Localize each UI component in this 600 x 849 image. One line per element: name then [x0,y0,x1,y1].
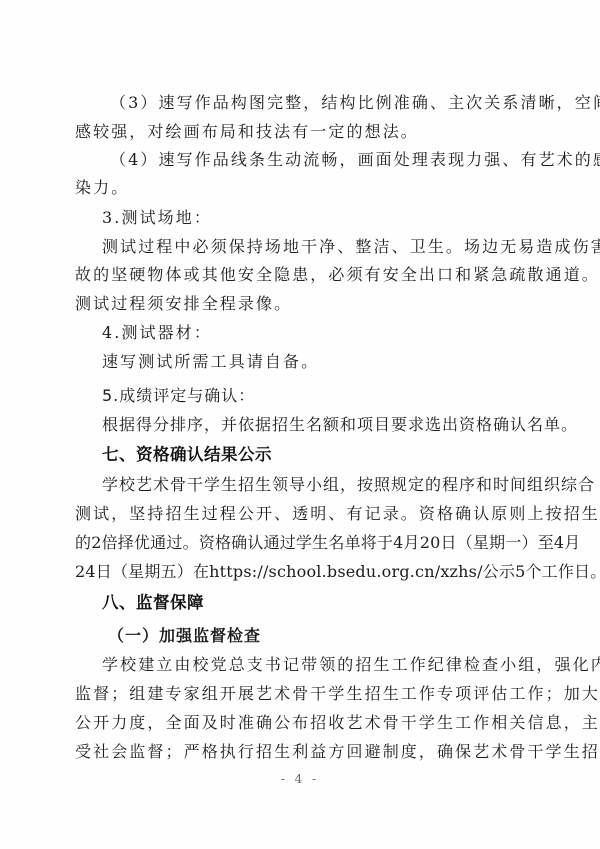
section-heading-score-evaluation: 5.成绩评定与确认： [102,385,554,407]
criterion-3-line-2: 感较强，对绘画布局和技法有一定的想法。 [75,121,527,143]
supervision-paragraph-line-3: 公开力度，全面及时准确公布招收艺术骨干学生工作相关信息，主动接 [75,712,527,734]
publicity-paragraph-line-1: 学校艺术骨干学生招生领导小组，按照规定的程序和时间组织综合 [102,474,554,496]
subheading-strengthen-supervision: （一）加强监督检查 [108,625,560,647]
score-evaluation-paragraph: 根据得分排序，并依据招生名额和项目要求选出资格确认名单。 [102,414,554,436]
page-number: - 4 - [0,772,600,786]
publicity-paragraph-line-3: 的2倍择优通过。资格确认通过学生名单将于4月20日（星期一）至4月 [75,532,527,554]
section-heading-test-equipment: 4.测试器材： [102,322,554,344]
section-heading-test-venue: 3.测试场地： [102,207,554,229]
supervision-paragraph-line-2: 监督；组建专家组开展艺术骨干学生招生工作专项评估工作；加大信息 [75,683,527,705]
venue-paragraph-line-2: 故的坚硬物体或其他安全隐患，必须有安全出口和紧急疏散通道。整个 [75,264,527,286]
publicity-paragraph-line-2: 测试，坚持招生过程公开、透明、有记录。资格确认原则上按招生规模 [75,503,527,525]
venue-paragraph-line-1: 测试过程中必须保持场地干净、整洁、卫生。场边无易造成伤害事 [102,236,554,258]
supervision-paragraph-line-1: 学校建立由校党总支书记带领的招生工作纪律检查小组，强化内部 [102,654,554,676]
publicity-paragraph-line-4: 24日（星期五）在https://school.bsedu.org.cn/xzh… [75,561,527,583]
criterion-3-line-1: （3）速写作品构图完整，结构比例准确、主次关系清晰，空间 [110,92,527,114]
supervision-paragraph-line-4: 受社会监督；严格执行招生利益方回避制度，确保艺术骨干学生招生工 [75,741,527,763]
criterion-4-line-2: 染力。 [75,177,527,199]
chapter-heading-7: 七、资格确认结果公示 [102,444,554,466]
document-page: （3）速写作品构图完整，结构比例准确、主次关系清晰，空间 感较强，对绘画布局和技… [0,0,600,849]
criterion-4-line-1: （4）速写作品线条生动流畅，画面处理表现力强、有艺术的感 [110,149,527,171]
equipment-paragraph: 速写测试所需工具请自备。 [102,351,554,373]
chapter-heading-8: 八、监督保障 [102,592,554,614]
venue-paragraph-line-3: 测试过程须安排全程录像。 [75,293,527,315]
